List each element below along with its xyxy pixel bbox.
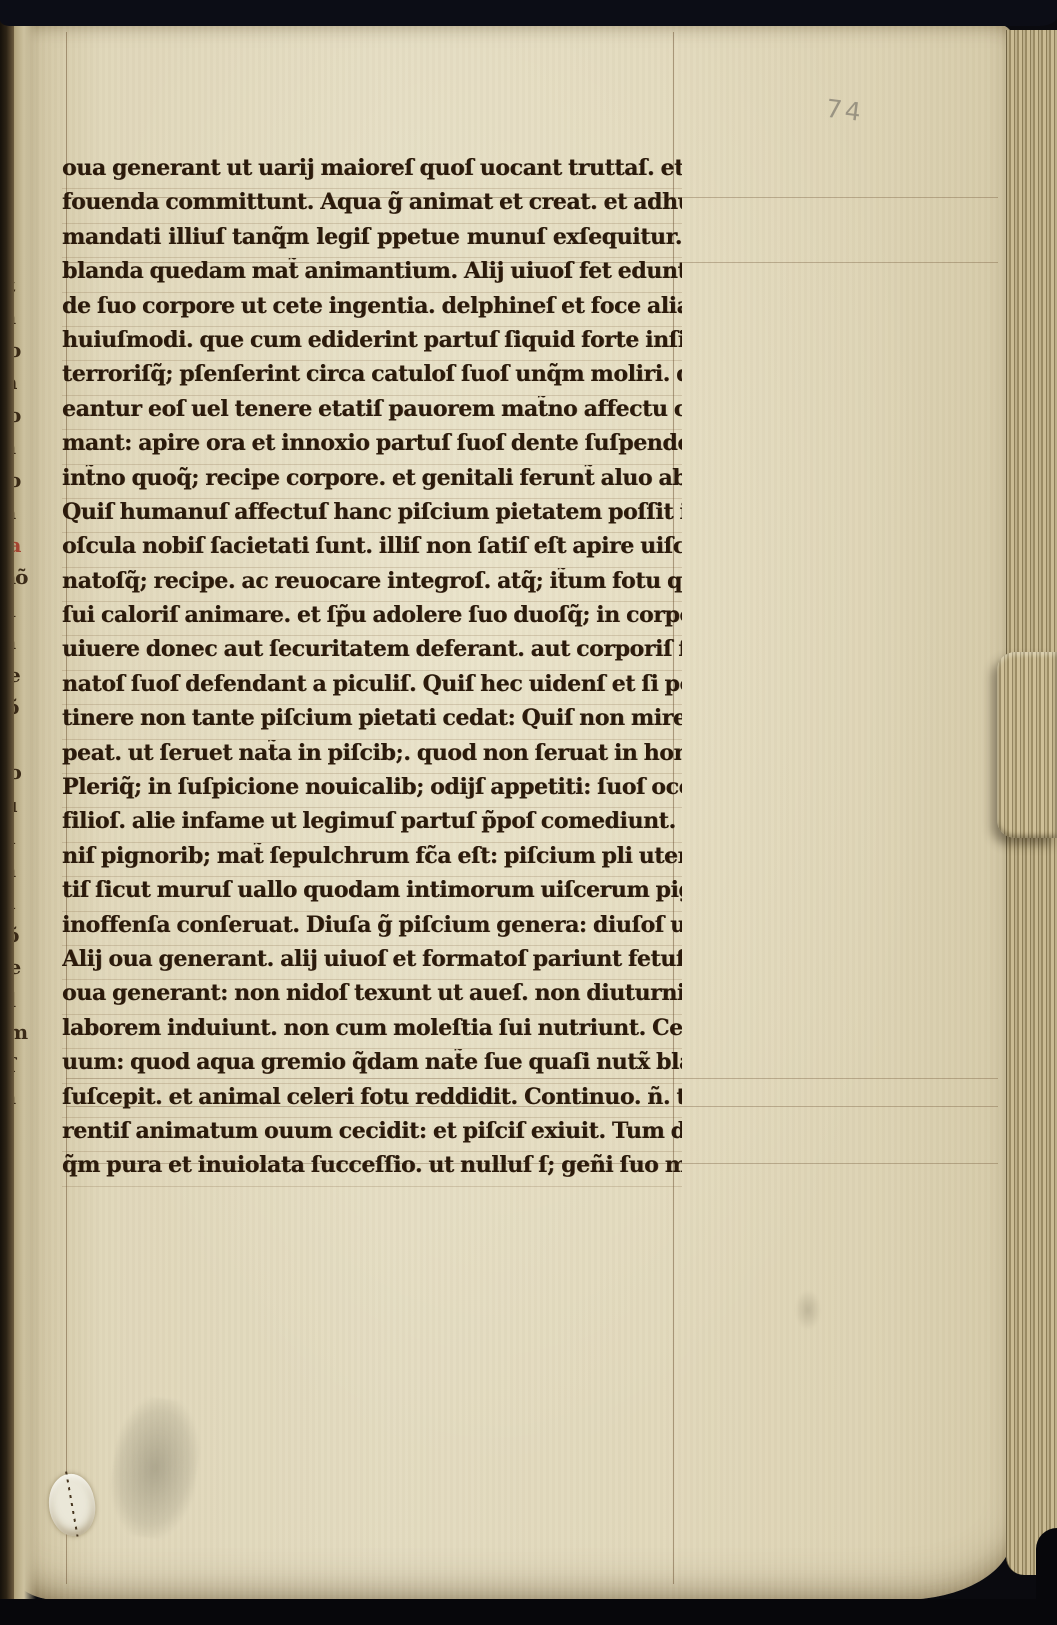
text-line: rentiſ animatum ouum cecidit: et piſciſ … xyxy=(62,1118,682,1152)
text-line: Quiſ humanuſ affectuſ hanc piſcium pieta… xyxy=(62,499,682,533)
text-line: huiuſmodi. que cum ediderint partuſ ſiqu… xyxy=(62,327,682,361)
text-line: Alij oua generant. alij uiuoſ et formato… xyxy=(62,946,682,980)
text-line: Pleriq̃; in ſuſpicione nouicalib; odijſ … xyxy=(62,774,682,808)
text-column: oua generant ut uarij maioreſ quoſ uocan… xyxy=(62,155,682,1187)
text-line: oſcula nobiſ ſacietati ſunt. illiſ non ſ… xyxy=(62,533,682,567)
text-line: ſuſcepit. et animal celeri fotu reddidit… xyxy=(62,1084,682,1118)
text-line: natoſ ſuoſ defendant a piculiſ. Quiſ hec… xyxy=(62,671,682,705)
text-line: mandati illiuſ tanq̃m legiſ ppetue munuſ… xyxy=(62,224,682,258)
text-line: natoſq̃; recipe. ac reuocare integroſ. a… xyxy=(62,568,682,602)
text-line: q̃m pura et inuiolata ſucceſſio. ut null… xyxy=(62,1152,682,1186)
text-line: fouenda committunt. Aqua g̃ animat et cr… xyxy=(62,189,682,223)
text-line: oua generant ut uarij maioreſ quoſ uocan… xyxy=(62,155,682,189)
text-line: tinere non tante piſcium pietati cedat: … xyxy=(62,705,682,739)
text-line: terroriſq̃; pſenſerint circa catuloſ ſuo… xyxy=(62,361,682,395)
photo-border-bottom xyxy=(0,1599,1057,1625)
text-line: tiſ ſicut muruſ uallo quodam intimorum u… xyxy=(62,877,682,911)
text-line: uum: quod aqua gremio q̃dam nat̃e ſue qu… xyxy=(62,1049,682,1083)
text-line: mant: apire ora et innoxio partuſ ſuoſ d… xyxy=(62,430,682,464)
page-edges-bulge xyxy=(997,652,1057,838)
text-line: inoffenſa conſeruat. Diuſa g̃ piſcium ge… xyxy=(62,912,682,946)
text-line: int̃no quoq̃; recipe corpore. et genital… xyxy=(62,465,682,499)
folio-number: 74 xyxy=(824,94,865,127)
text-line: de ſuo corpore ut cete ingentia. delphin… xyxy=(62,293,682,327)
text-line: blanda quedam mat̃ animantium. Alij uiuo… xyxy=(62,258,682,292)
photo-border-corner xyxy=(1036,1528,1057,1618)
text-line: peat. ut ſeruet nat̃a in piſcib;. quod n… xyxy=(62,740,682,774)
text-line: niſ pignorib; mat̃ ſepulchrum fc̃a eſt: … xyxy=(62,843,682,877)
text-line: laborem induiunt. non cum moleſtia ſui n… xyxy=(62,1015,682,1049)
text-line: eantur eoſ uel tenere etatiſ pauorem mat… xyxy=(62,396,682,430)
text-line: filioſ. alie infame ut legimuſ partuſ p̃… xyxy=(62,808,682,842)
binding-gutter xyxy=(0,0,14,1625)
text-line: ſui caloriſ animare. et ſp̃u adolere ſuo… xyxy=(62,602,682,636)
hole-stitch xyxy=(65,1471,78,1536)
manuscript-photo: ctm̃borãpomdotauamõlumbecõrinotuſamdicõn… xyxy=(0,0,1057,1625)
parchment-stain-small xyxy=(795,1290,821,1330)
photo-border-top xyxy=(0,0,1057,26)
text-line: oua generant: non nidoſ texunt ut aueſ. … xyxy=(62,980,682,1014)
text-line: uiuere donec aut ſecuritatem deferant. a… xyxy=(62,636,682,670)
